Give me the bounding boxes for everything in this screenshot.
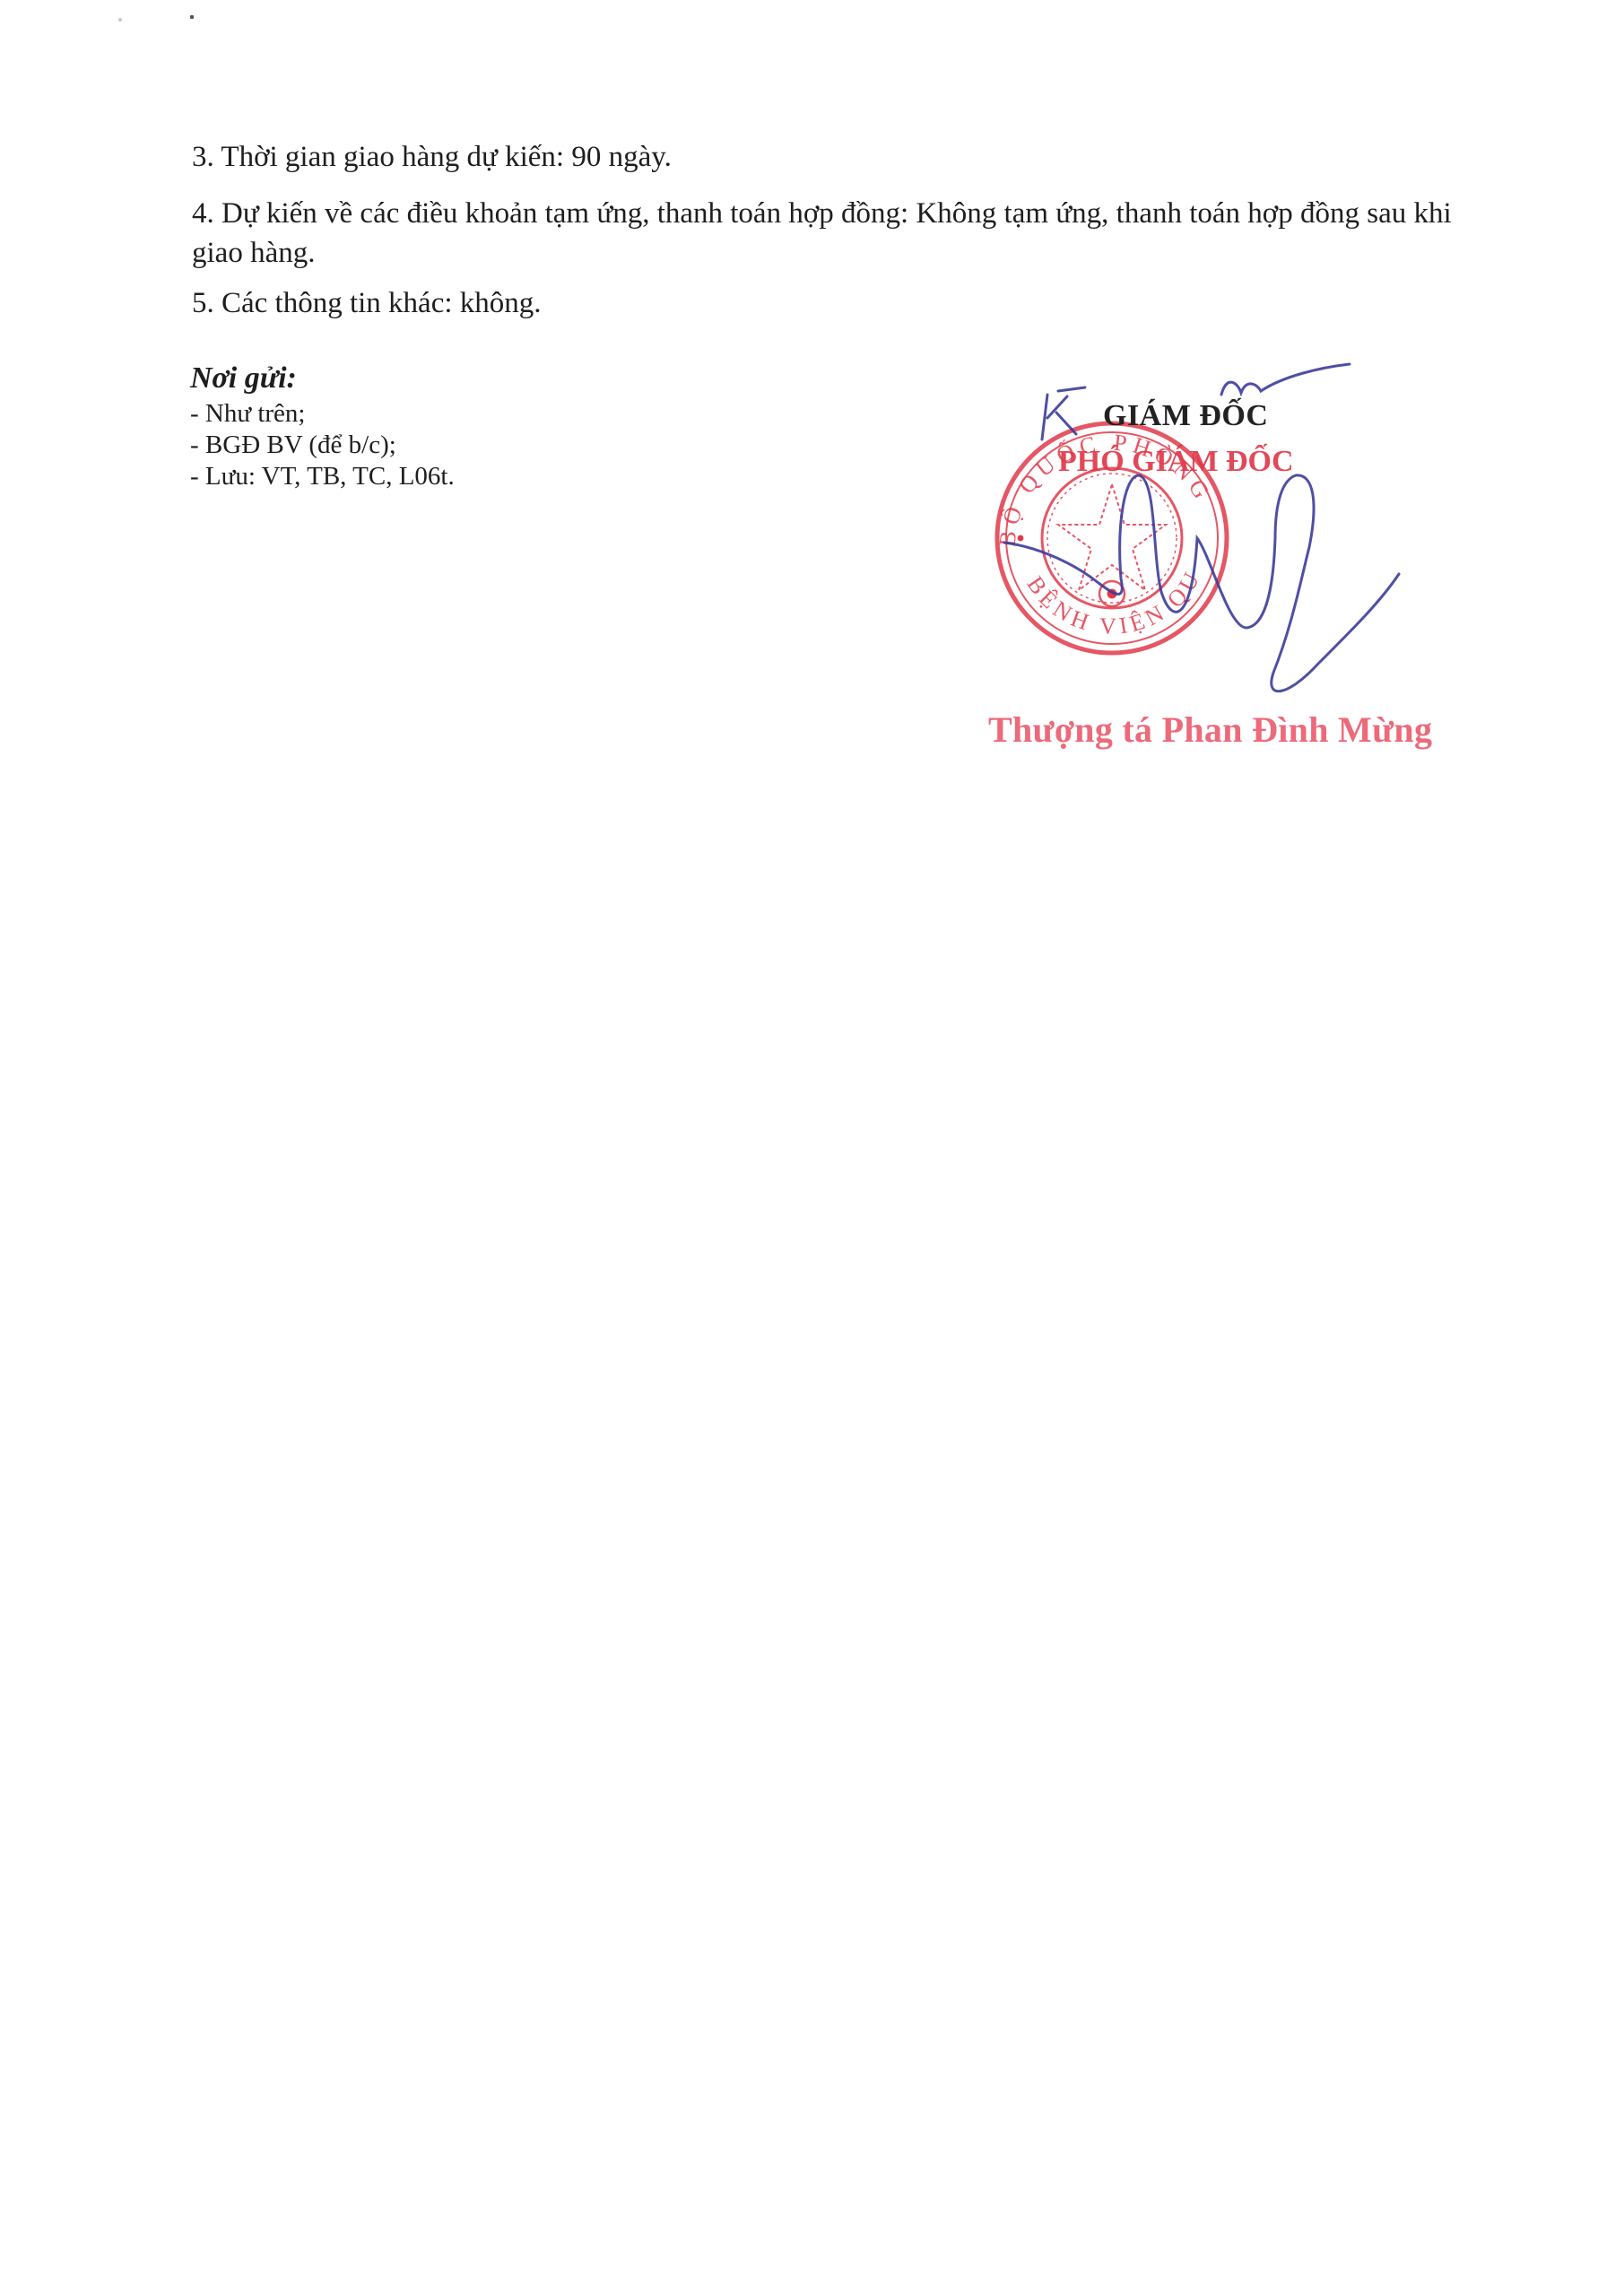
item-3: 3. Thời gian giao hàng dự kiến: 90 ngày. [192, 137, 672, 177]
item-4: 4. Dự kiến về các điều khoản tạm ứng, th… [192, 194, 1465, 273]
scan-speck [190, 15, 194, 19]
recipients-block: Nơi gửi: - Như trên; - BGĐ BV (để b/c); … [190, 361, 455, 492]
scan-speck [118, 18, 122, 22]
recipient-item: - Như trên; [190, 398, 455, 430]
signer-name: Thượng tá Phan Đình Mừng [988, 709, 1432, 751]
signature-role-label: PHÓ GIÁM ĐỐC [1058, 445, 1294, 479]
recipients-title: Nơi gửi: [190, 361, 455, 396]
recipient-item: - Lưu: VT, TB, TC, L06t. [190, 461, 455, 492]
item-5: 5. Các thông tin khác: không. [192, 283, 542, 323]
recipients-list: - Như trên; - BGĐ BV (để b/c); - Lưu: VT… [190, 398, 455, 492]
signature-on-behalf-label: GIÁM ĐỐC [1103, 399, 1268, 433]
signature-block: BỘ QUỐC PHÒNG BỆNH VIỆN QUÂN Y 106 GIÁM … [942, 359, 1480, 789]
recipient-item: - BGĐ BV (để b/c); [190, 430, 455, 461]
